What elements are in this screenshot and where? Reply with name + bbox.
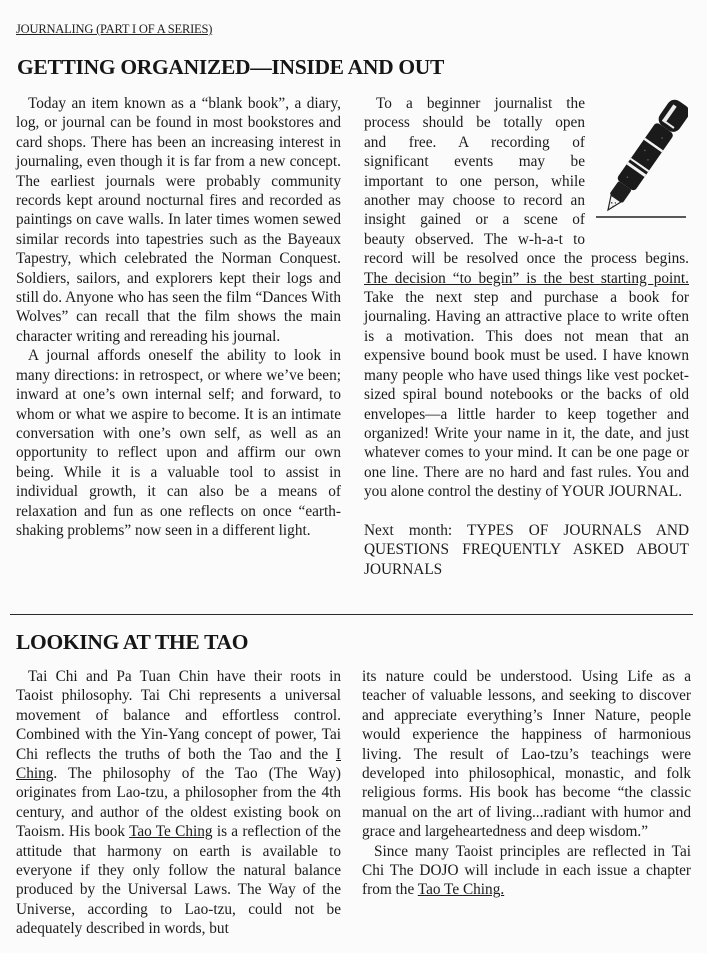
newsletter-page: JOURNALING (PART I OF A SERIES) GETTING … [0,0,707,953]
article2-paragraph-continued: its nature could be understood. Using Li… [362,667,691,842]
text-run: is a reflection of the attitude that har… [16,823,341,937]
article-title-looking-at-the-tao: LOOKING AT THE TAO [16,630,248,655]
wrap-line: To a beginner journalist the [364,94,585,113]
wrap-continuation: record will be resolved once the process… [364,249,689,268]
article-title-getting-organized: GETTING ORGANIZED—INSIDE AND OUT [17,55,444,80]
article2-column-left: Tai Chi and Pa Tuan Chin have their root… [16,667,341,939]
article1-paragraph-3: Take the next step and purchase a book f… [364,288,689,501]
article2-paragraph-2: Since many Taoist principles are reflect… [362,842,691,900]
wrap-line: process should be totally open [364,113,585,132]
text-run: Since many Taoist principles are reflect… [362,843,691,899]
underlined-key-sentence: The decision “to begin” is the best star… [364,269,689,288]
wrap-line: important to one person, while [364,172,585,191]
wrap-line: insight gained or a scene of [364,210,585,229]
article1-paragraph-2: A journal affords oneself the ability to… [16,346,341,540]
spacer [364,502,689,521]
wrap-line: and free. A recording of [364,133,585,152]
series-kicker: JOURNALING (PART I OF A SERIES) [16,22,212,37]
text-run: Tai Chi and Pa Tuan Chin have their root… [16,668,341,763]
fountain-pen-icon [588,92,688,224]
wrap-line: beauty observed. The w-h-a-t to [364,230,585,249]
section-divider [10,614,693,615]
wrap-line: another may choose to record an [364,191,585,210]
tao-te-ching-title: Tao Te Ching. [418,881,504,898]
article1-paragraph-1: Today an item known as a “blank book”, a… [16,94,341,346]
article2-paragraph-1: Tai Chi and Pa Tuan Chin have their root… [16,667,341,939]
article2-column-right: its nature could be understood. Using Li… [362,667,691,900]
tao-te-ching-title: Tao Te Ching [129,823,212,840]
wrapped-intro-lines: To a beginner journalist the process sho… [364,94,585,249]
wrap-line: significant events may be [364,152,585,171]
next-month-teaser: Next month: TYPES OF JOURNALS AND QUESTI… [364,521,689,579]
article1-column-left: Today an item known as a “blank book”, a… [16,94,341,540]
